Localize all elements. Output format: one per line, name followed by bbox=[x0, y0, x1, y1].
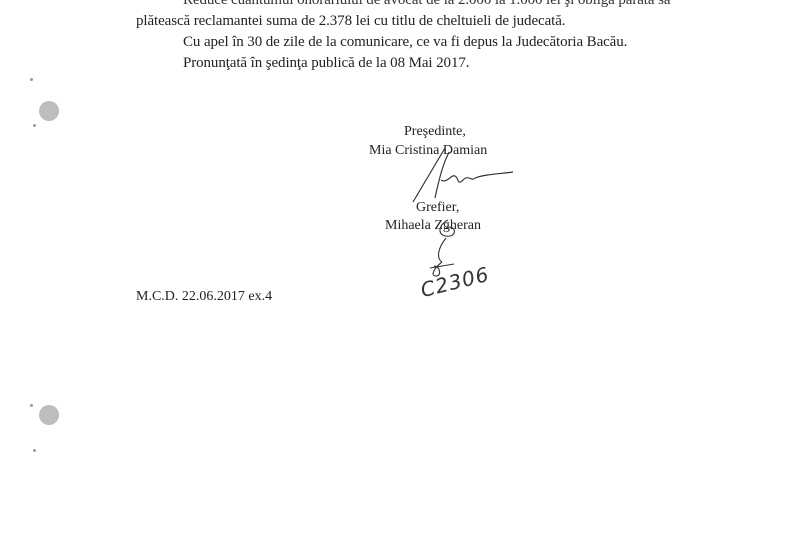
scan-speck bbox=[33, 124, 36, 127]
paragraph-appeal: Cu apel în 30 de zile de la comunicare, … bbox=[183, 34, 627, 51]
scan-speck bbox=[30, 404, 33, 407]
paragraph-fee-reduction: Reduce cuantumul onorariului de avocat d… bbox=[183, 0, 670, 9]
punch-hole-icon bbox=[39, 405, 59, 425]
scan-speck bbox=[30, 78, 33, 81]
clerk-title: Grefier, bbox=[416, 200, 459, 216]
paragraph-costs: plătească reclamantei suma de 2.378 lei … bbox=[136, 13, 565, 30]
footer-reference: M.C.D. 22.06.2017 ex.4 bbox=[136, 289, 272, 305]
paragraph-pronounced: Pronunţată în şedinţa publică de la 08 M… bbox=[183, 55, 469, 72]
punch-hole-icon bbox=[39, 101, 59, 121]
president-title: Preşedinte, bbox=[404, 124, 466, 140]
scan-speck bbox=[33, 449, 36, 452]
